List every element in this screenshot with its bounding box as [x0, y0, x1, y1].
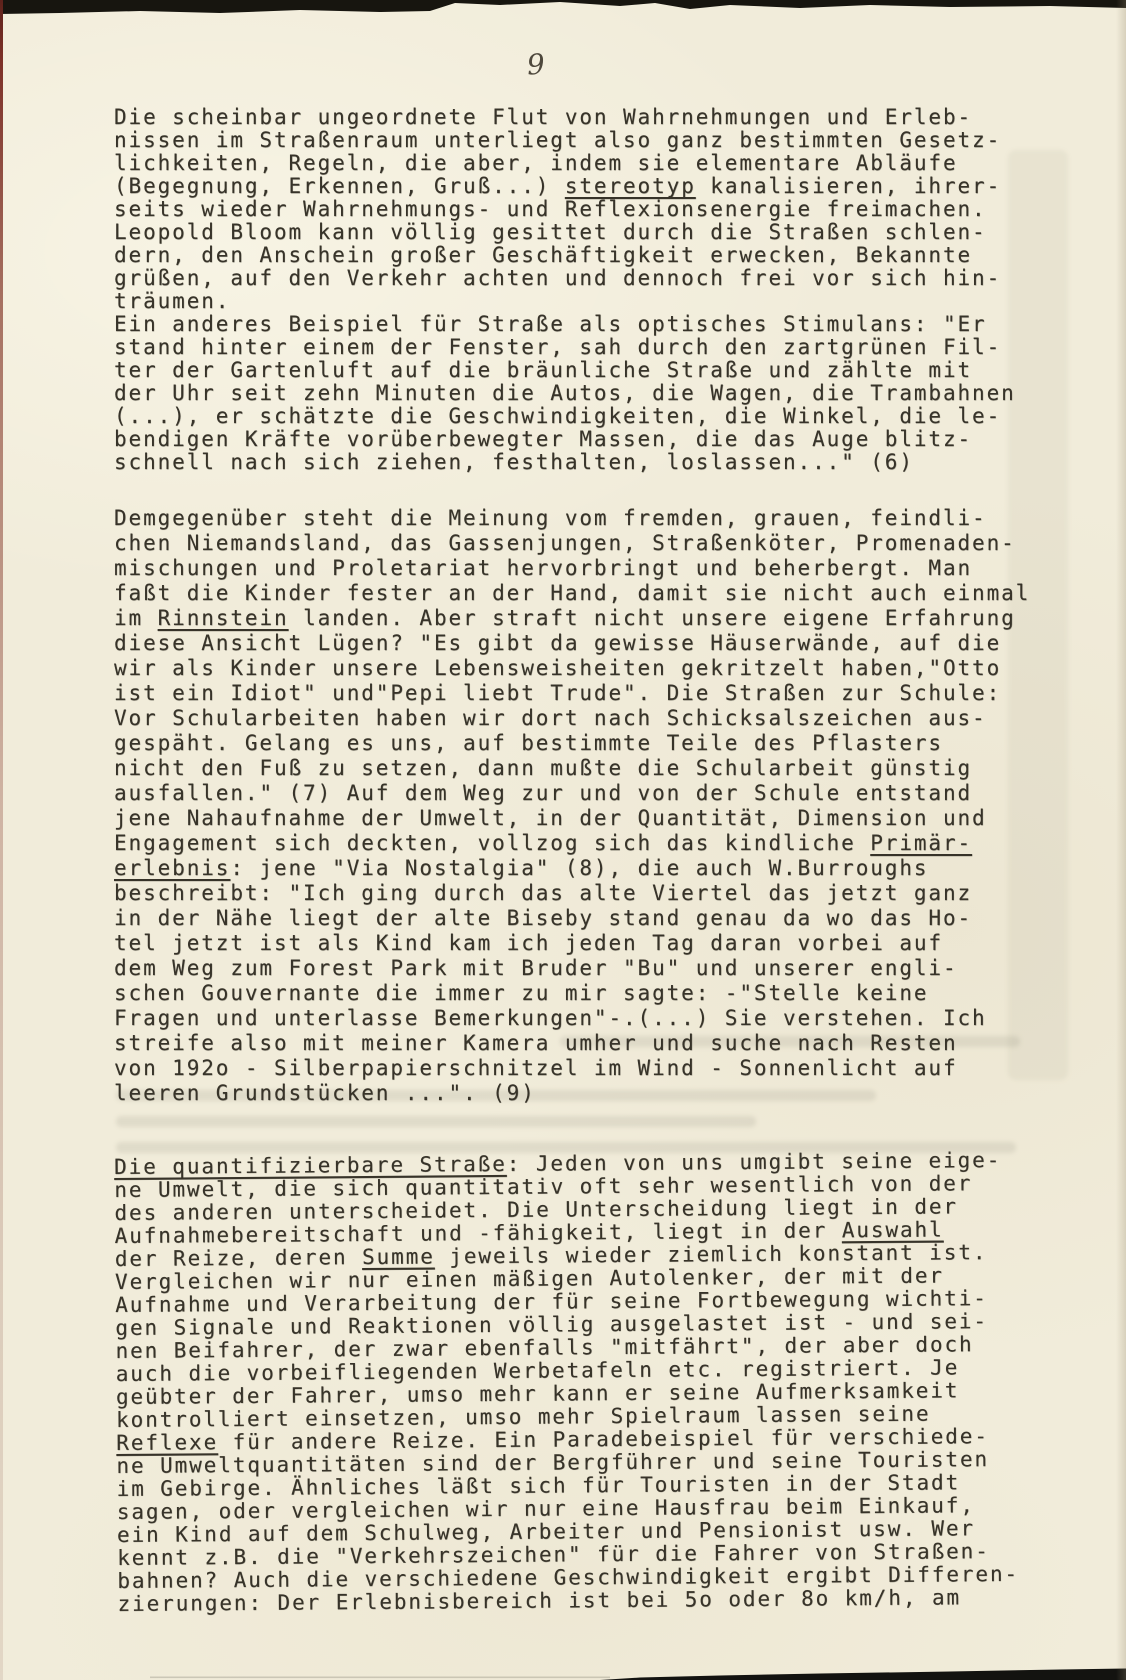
scan-top-edge: [0, 0, 1126, 16]
underlined-text: Summe: [362, 1244, 435, 1269]
text-line: Ein anderes Beispiel für Straße als opti…: [114, 313, 1054, 336]
text-line: nissen im Straßenraum unterliegt also ga…: [114, 129, 1054, 152]
text-segment: seits wieder Wahrnehmungs- und Reflexion…: [114, 197, 987, 221]
text-line: diese Ansicht Lügen? "Es gibt da gewisse…: [114, 631, 1054, 656]
text-line: beschreibt: "Ich ging durch das alte Vie…: [114, 881, 1054, 906]
text-line: Die scheinbar ungeordnete Flut von Wahrn…: [114, 106, 1054, 129]
text-line: dem Weg zum Forest Park mit Bruder "Bu" …: [114, 956, 1054, 981]
text-line: der Uhr seit zehn Minuten die Autos, die…: [114, 382, 1054, 405]
text-segment: mischungen und Proletariat hervorbringt …: [114, 556, 972, 580]
scan-bottom-edge: [0, 1664, 1126, 1680]
paragraph-3: Demgegenüber steht die Meinung vom fremd…: [114, 506, 1054, 1106]
text-line: ausfallen." (7) Auf dem Weg zur und von …: [114, 781, 1054, 806]
scan-left-edge: [0, 0, 3, 1680]
text-segment: Leopold Bloom kann völlig gesittet durch…: [114, 220, 987, 244]
scanned-page: 9 Die scheinbar ungeordnete Flut von Wah…: [0, 0, 1126, 1680]
underlined-text: Reflexe: [116, 1430, 218, 1455]
text-segment: Vor Schularbeiten haben wir dort nach Sc…: [114, 706, 987, 730]
text-line: Fragen und unterlasse Bemerkungen"-.(...…: [114, 1006, 1054, 1031]
text-segment: lichkeiten, Regeln, die aber, indem sie …: [114, 151, 958, 175]
text-line: schnell nach sich ziehen, festhalten, lo…: [114, 451, 1054, 474]
underlined-text: Primär-: [870, 831, 972, 855]
text-segment: (Begegnung, Erkennen, Gruß...): [114, 174, 565, 198]
text-line: stand hinter einem der Fenster, sah durc…: [114, 336, 1054, 359]
text-line: im Rinnstein landen. Aber straft nicht u…: [114, 606, 1054, 631]
text-segment: im: [114, 606, 158, 630]
text-segment: ist ein Idiot" und"Pepi liebt Trude". Di…: [114, 681, 1001, 705]
text-line: grüßen, auf den Verkehr achten und denno…: [114, 267, 1054, 290]
text-segment: der Reize, deren: [115, 1245, 362, 1271]
text-line: träumen.: [114, 290, 1054, 313]
text-segment: diese Ansicht Lügen? "Es gibt da gewisse…: [114, 631, 1001, 655]
text-segment: tel jetzt ist als Kind kam ich jeden Tag…: [114, 931, 943, 955]
paragraph-2: Ein anderes Beispiel für Straße als opti…: [114, 313, 1054, 474]
text-segment: kanalisieren, ihrer-: [696, 174, 1001, 198]
text-segment: ausfallen." (7) Auf dem Weg zur und von …: [114, 781, 972, 805]
text-line: Leopold Bloom kann völlig gesittet durch…: [114, 221, 1054, 244]
text-line: mischungen und Proletariat hervorbringt …: [114, 556, 1054, 581]
text-line: seits wieder Wahrnehmungs- und Reflexion…: [114, 198, 1054, 221]
text-segment: bendigen Kräfte vorüberbewegter Massen, …: [114, 427, 972, 451]
text-line: Demgegenüber steht die Meinung vom fremd…: [114, 506, 1054, 531]
underlined-text: stereotyp: [565, 174, 696, 198]
text-segment: jene Nahaufnahme der Umwelt, in der Quan…: [114, 806, 987, 830]
text-line: zierungen: Der Erlebnisbereich ist bei 5…: [117, 1586, 1057, 1616]
text-segment: schnell nach sich ziehen, festhalten, lo…: [114, 450, 914, 474]
text-line: schen Gouvernante die immer zu mir sagte…: [114, 981, 1054, 1006]
text-line: ter der Gartenluft auf die bräunliche St…: [114, 359, 1054, 382]
text-segment: (...), er schätzte die Geschwindigkeiten…: [114, 404, 1001, 428]
text-segment: dem Weg zum Forest Park mit Bruder "Bu" …: [114, 956, 958, 980]
text-segment: leeren Grundstücken ...". (9): [114, 1081, 536, 1105]
text-segment: Ein anderes Beispiel für Straße als opti…: [114, 312, 987, 336]
text-segment: ter der Gartenluft auf die bräunliche St…: [114, 358, 972, 382]
text-segment: dern, den Anschein großer Geschäftigkeit…: [114, 243, 972, 267]
text-segment: beschreibt: "Ich ging durch das alte Vie…: [114, 881, 972, 905]
text-segment: : jene "Via Nostalgia" (8), die auch W.B…: [230, 856, 928, 880]
text-line: gespäht. Gelang es uns, auf bestimmte Te…: [114, 731, 1054, 756]
text-line: tel jetzt ist als Kind kam ich jeden Tag…: [114, 931, 1054, 956]
text-line: von 192o - Silberpapierschnitzel im Wind…: [114, 1056, 1054, 1081]
text-segment: landen. Aber straft nicht unsere eigene …: [289, 606, 1016, 630]
text-segment: Demgegenüber steht die Meinung vom fremd…: [114, 506, 987, 530]
typewritten-text: Die scheinbar ungeordnete Flut von Wahrn…: [114, 106, 1054, 1616]
underlined-text: erlebnis: [114, 856, 230, 880]
text-segment: von 192o - Silberpapierschnitzel im Wind…: [114, 1056, 958, 1080]
text-line: bendigen Kräfte vorüberbewegter Massen, …: [114, 428, 1054, 451]
text-line: wir als Kinder unsere Lebensweisheiten g…: [114, 656, 1054, 681]
text-line: faßt die Kinder fester an der Hand, dami…: [114, 581, 1054, 606]
text-line: dern, den Anschein großer Geschäftigkeit…: [114, 244, 1054, 267]
paragraph-1: Die scheinbar ungeordnete Flut von Wahrn…: [114, 106, 1054, 313]
text-segment: schen Gouvernante die immer zu mir sagte…: [114, 981, 928, 1005]
text-line: lichkeiten, Regeln, die aber, indem sie …: [114, 152, 1054, 175]
text-line: erlebnis: jene "Via Nostalgia" (8), die …: [114, 856, 1054, 881]
text-line: nicht den Fuß zu setzen, dann mußte die …: [114, 756, 1054, 781]
text-line: Engagement sich deckten, vollzog sich da…: [114, 831, 1054, 856]
text-line: Vor Schularbeiten haben wir dort nach Sc…: [114, 706, 1054, 731]
scan-right-edge: [1116, 0, 1126, 1680]
paragraph-4: Die quantifizierbare Straße: Jeden von u…: [114, 1149, 1058, 1616]
text-line: leeren Grundstücken ...". (9): [114, 1081, 1054, 1106]
text-segment: Fragen und unterlasse Bemerkungen"-.(...…: [114, 1006, 987, 1030]
text-segment: wir als Kinder unsere Lebensweisheiten g…: [114, 656, 1001, 680]
page-number: 9: [526, 47, 546, 81]
text-segment: grüßen, auf den Verkehr achten und denno…: [114, 266, 1001, 290]
underlined-text: Auswahl: [842, 1217, 944, 1242]
text-segment: chen Niemandsland, das Gassenjungen, Str…: [114, 531, 1016, 555]
text-segment: nissen im Straßenraum unterliegt also ga…: [114, 128, 1001, 152]
text-segment: faßt die Kinder fester an der Hand, dami…: [114, 581, 1030, 605]
text-segment: stand hinter einem der Fenster, sah durc…: [114, 335, 1001, 359]
text-line: (...), er schätzte die Geschwindigkeiten…: [114, 405, 1054, 428]
text-segment: Die scheinbar ungeordnete Flut von Wahrn…: [114, 105, 972, 129]
text-segment: der Uhr seit zehn Minuten die Autos, die…: [114, 381, 1016, 405]
text-line: (Begegnung, Erkennen, Gruß...) stereotyp…: [114, 175, 1054, 198]
text-line: in der Nähe liegt der alte Biseby stand …: [114, 906, 1054, 931]
text-segment: streife also mit meiner Kamera umher und…: [114, 1031, 958, 1055]
text-line: chen Niemandsland, das Gassenjungen, Str…: [114, 531, 1054, 556]
text-segment: in der Nähe liegt der alte Biseby stand …: [114, 906, 972, 930]
text-segment: nicht den Fuß zu setzen, dann mußte die …: [114, 756, 972, 780]
underlined-text: Rinnstein: [158, 606, 289, 630]
text-line: streife also mit meiner Kamera umher und…: [114, 1031, 1054, 1056]
text-line: ist ein Idiot" und"Pepi liebt Trude". Di…: [114, 681, 1054, 706]
text-line: jene Nahaufnahme der Umwelt, in der Quan…: [114, 806, 1054, 831]
text-segment: träumen.: [114, 289, 230, 313]
text-segment: Engagement sich deckten, vollzog sich da…: [114, 831, 870, 855]
text-segment: gespäht. Gelang es uns, auf bestimmte Te…: [114, 731, 943, 755]
